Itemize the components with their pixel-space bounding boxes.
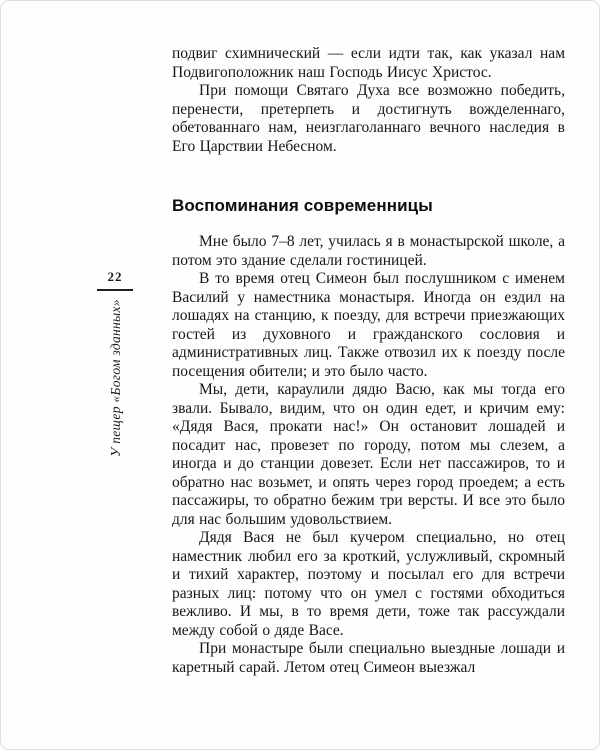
paragraph-memoir-4: Дядя Вася не был кучером специально, но …	[172, 529, 565, 640]
page-number: 22	[97, 269, 133, 291]
text-column: подвиг схимнический — если идти так, как…	[172, 45, 565, 677]
paragraph-memoir-1: Мне было 7–8 лет, училась я в монастырск…	[172, 233, 565, 270]
section-heading: Воспоминания современницы	[172, 196, 565, 216]
paragraph-memoir-3: Мы, дети, караулили дядю Васю, как мы то…	[172, 381, 565, 529]
running-title: У пещер «Богом зданных»	[108, 299, 124, 457]
paragraph-memoir-5: При монастыре были специально выездные л…	[172, 640, 565, 677]
paragraph-memoir-2: В то время отец Симеон был послушником с…	[172, 270, 565, 381]
book-page: 22 У пещер «Богом зданных» подвиг схимни…	[0, 0, 600, 750]
paragraph-intro-1: подвиг схимнический — если идти так, как…	[172, 45, 565, 82]
paragraph-intro-2: При помощи Святаго Духа все возможно поб…	[172, 82, 565, 156]
